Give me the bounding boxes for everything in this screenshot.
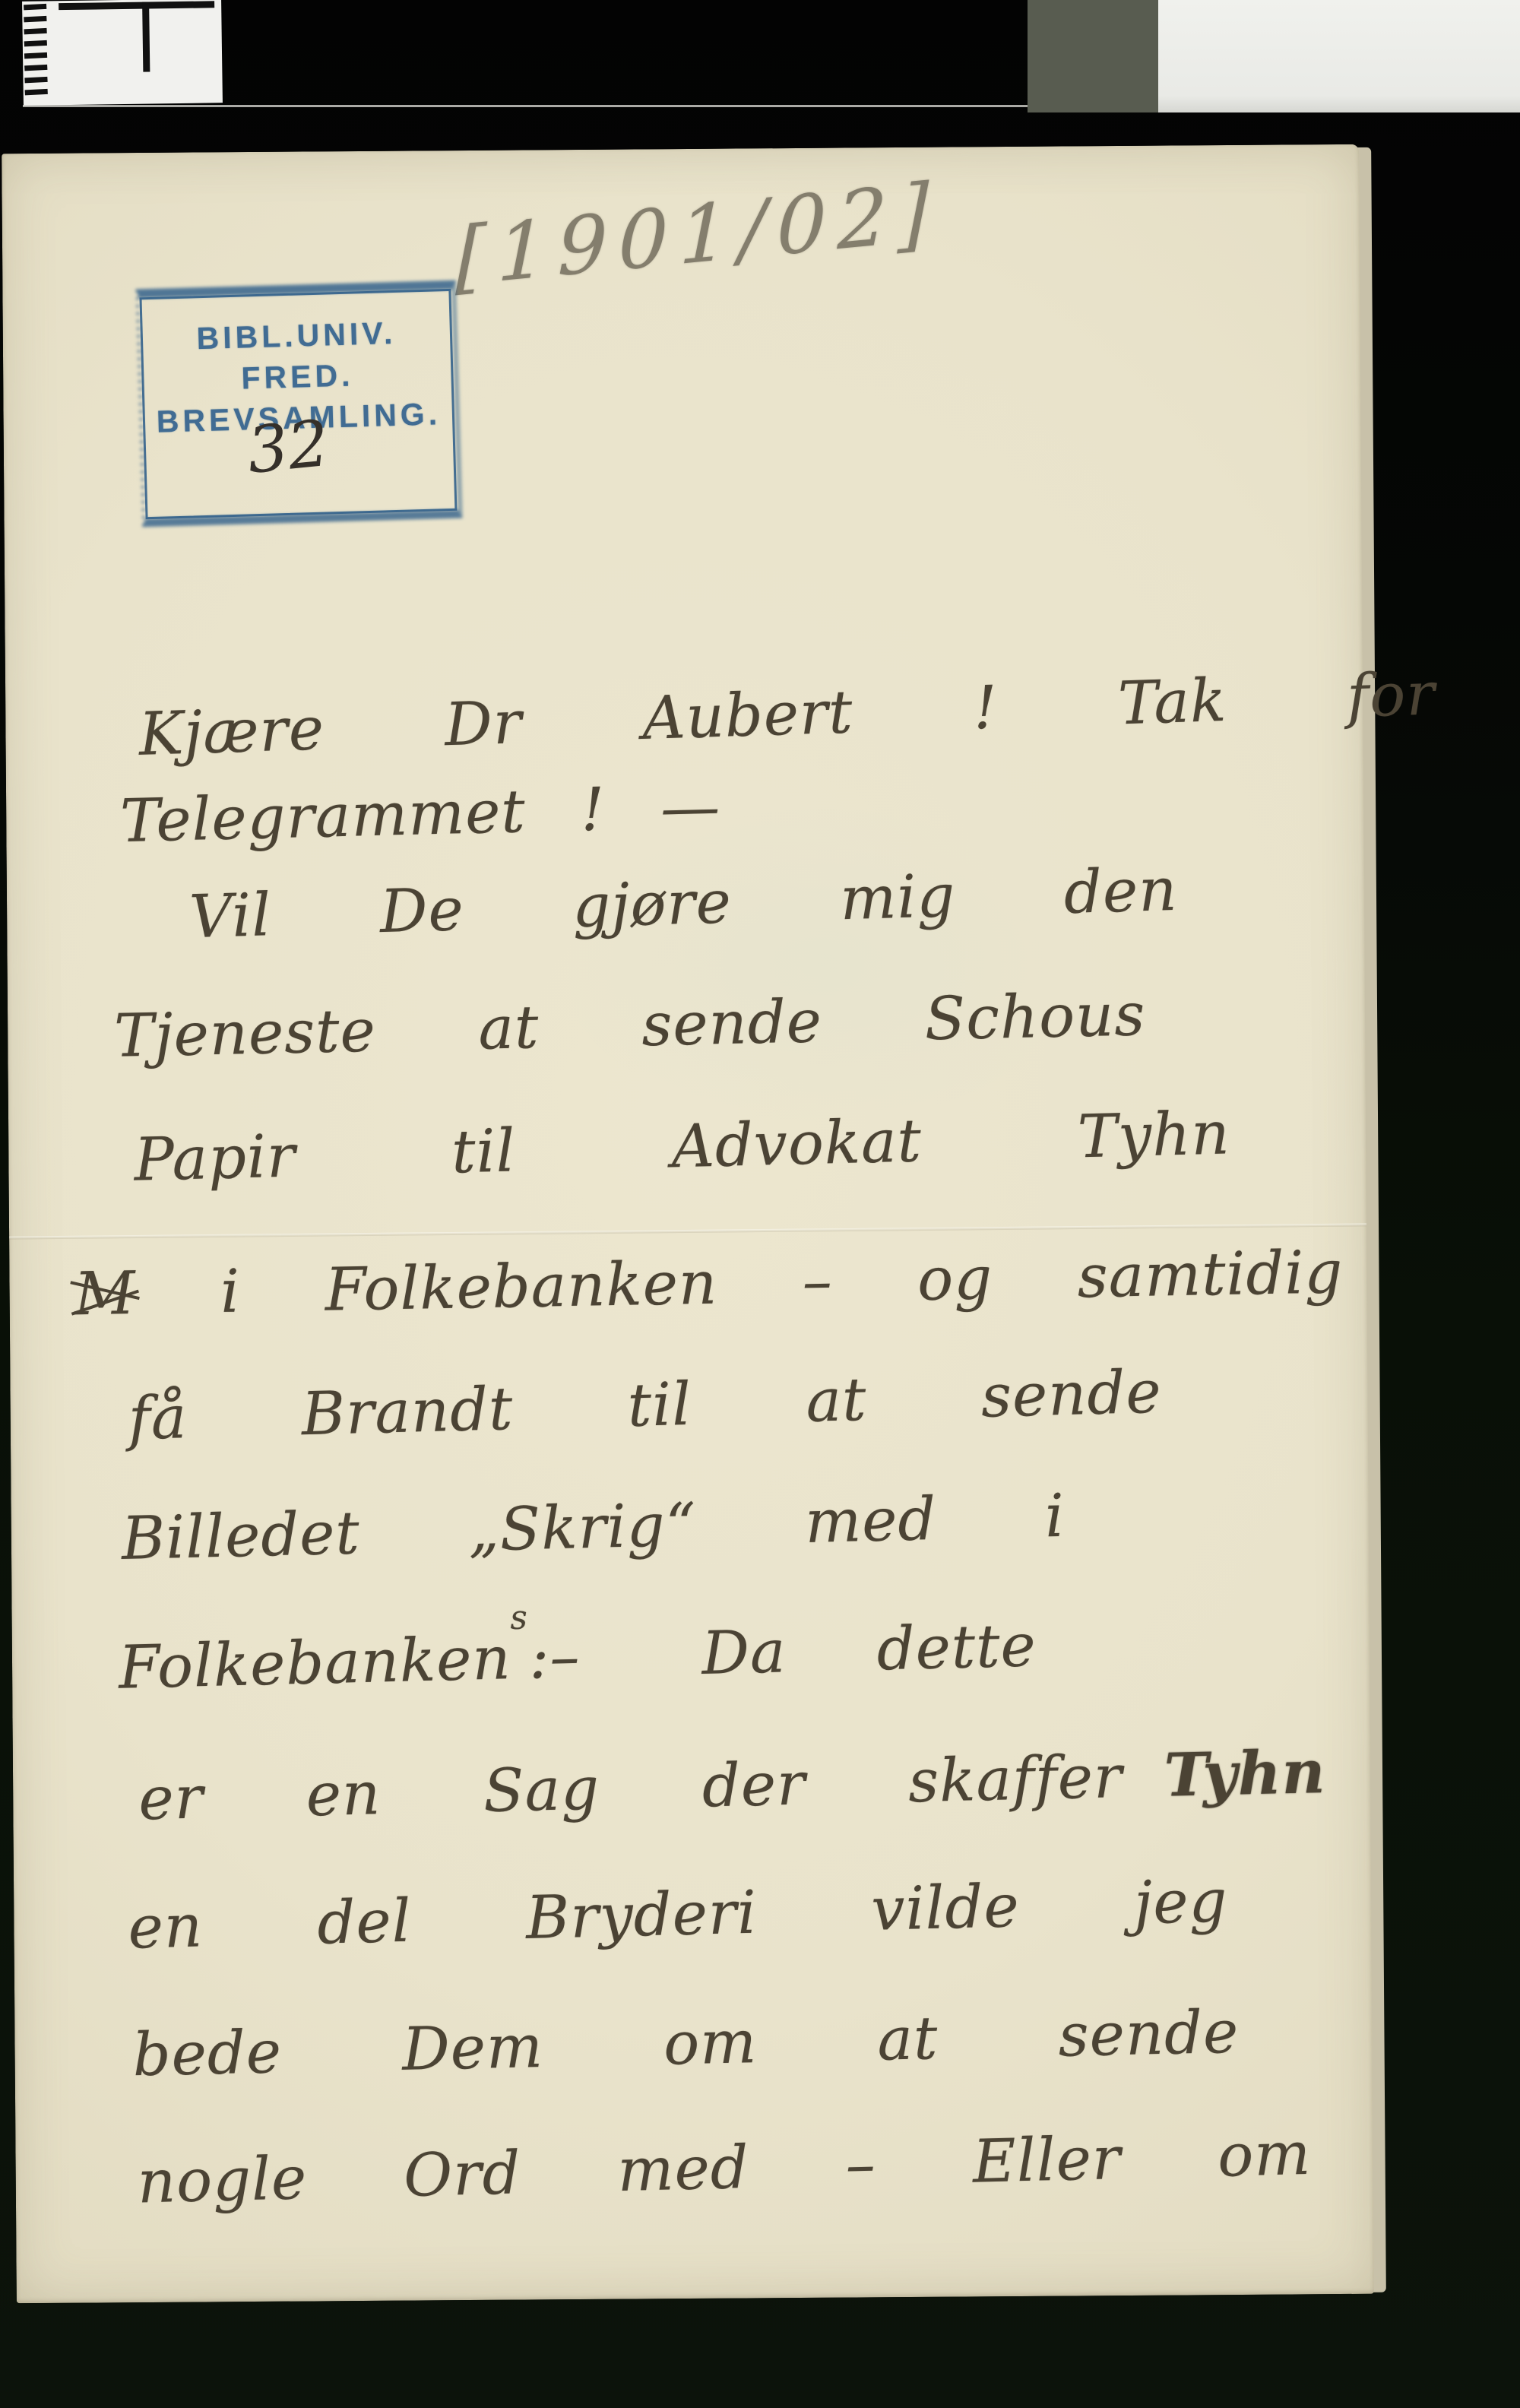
ruler-tick bbox=[24, 28, 46, 34]
crosshair-horizontal bbox=[59, 1, 214, 10]
ruler-tick bbox=[24, 52, 47, 59]
line-9-tail: Da dette bbox=[701, 1611, 1037, 1688]
handwriting-line-10: er en Sag der skafferTyhn bbox=[138, 1738, 1326, 1833]
struck-out-word: M bbox=[74, 1259, 136, 1329]
inserted-letter: s bbox=[510, 1598, 529, 1638]
ruler-tick bbox=[24, 40, 47, 46]
photo-scene: [1901/02] BIBL.UNIV. FRED. BREVSAMLING. … bbox=[0, 0, 1520, 2408]
handwriting-line-5: Papir til Advokat Tyhn bbox=[133, 1099, 1230, 1194]
ruler-tick bbox=[24, 16, 46, 22]
ruler-tick bbox=[24, 4, 46, 10]
handwriting-line-11: en del Bryderi vilde jeg bbox=[127, 1867, 1228, 1962]
handwriting-line-1: Kjære Dr Aubert ! Tak for bbox=[138, 660, 1436, 769]
handwriting-line-6: M i Folkebanken – og samtidig bbox=[74, 1238, 1344, 1329]
handwriting-line-12: bede Dem om at sende bbox=[132, 1998, 1240, 2090]
handwriting-line-8: Billedet „Skrig“ med i bbox=[121, 1482, 1066, 1573]
ruler-ticks bbox=[22, 1, 49, 105]
ruler-tick bbox=[24, 65, 47, 71]
ruler-tick bbox=[24, 77, 47, 83]
line-6-text: i Folkebanken – og samtidig bbox=[135, 1238, 1344, 1328]
crosshair-vertical bbox=[142, 2, 150, 72]
line-10-name: Tyhn bbox=[1164, 1738, 1326, 1811]
handwriting-line-2: Telegrammet ! — bbox=[119, 773, 721, 856]
ruler-tick bbox=[25, 89, 48, 95]
date-annotation: [1901/02] bbox=[455, 159, 1001, 303]
handwriting-line-9: Folkebankens:–Da dette bbox=[118, 1611, 1037, 1702]
line-10-text: er en Sag der skaffer bbox=[138, 1743, 1123, 1833]
handwriting-line-4: Tjeneste at sende Schous bbox=[113, 981, 1146, 1070]
library-stamp: BIBL.UNIV. FRED. BREVSAMLING. 32 bbox=[139, 289, 457, 519]
gray-color-patch bbox=[1028, 0, 1158, 112]
stamp-line-1: BIBL.UNIV. FRED. bbox=[142, 311, 451, 401]
line-9-punct: :– bbox=[528, 1623, 581, 1693]
handwriting-line-7: få Brandt til at sende bbox=[128, 1358, 1163, 1454]
line-9-word: Folkebanken bbox=[118, 1624, 512, 1703]
letter-page: [1901/02] BIBL.UNIV. FRED. BREVSAMLING. … bbox=[2, 144, 1374, 2303]
handwriting-line-13: nogle Ord med – Eller om bbox=[137, 2120, 1312, 2217]
calibration-card bbox=[22, 0, 223, 106]
handwriting-line-3: Vil De gjøre mig den bbox=[188, 856, 1178, 952]
fold-crease bbox=[9, 1223, 1366, 1239]
white-color-patch bbox=[1158, 0, 1520, 112]
